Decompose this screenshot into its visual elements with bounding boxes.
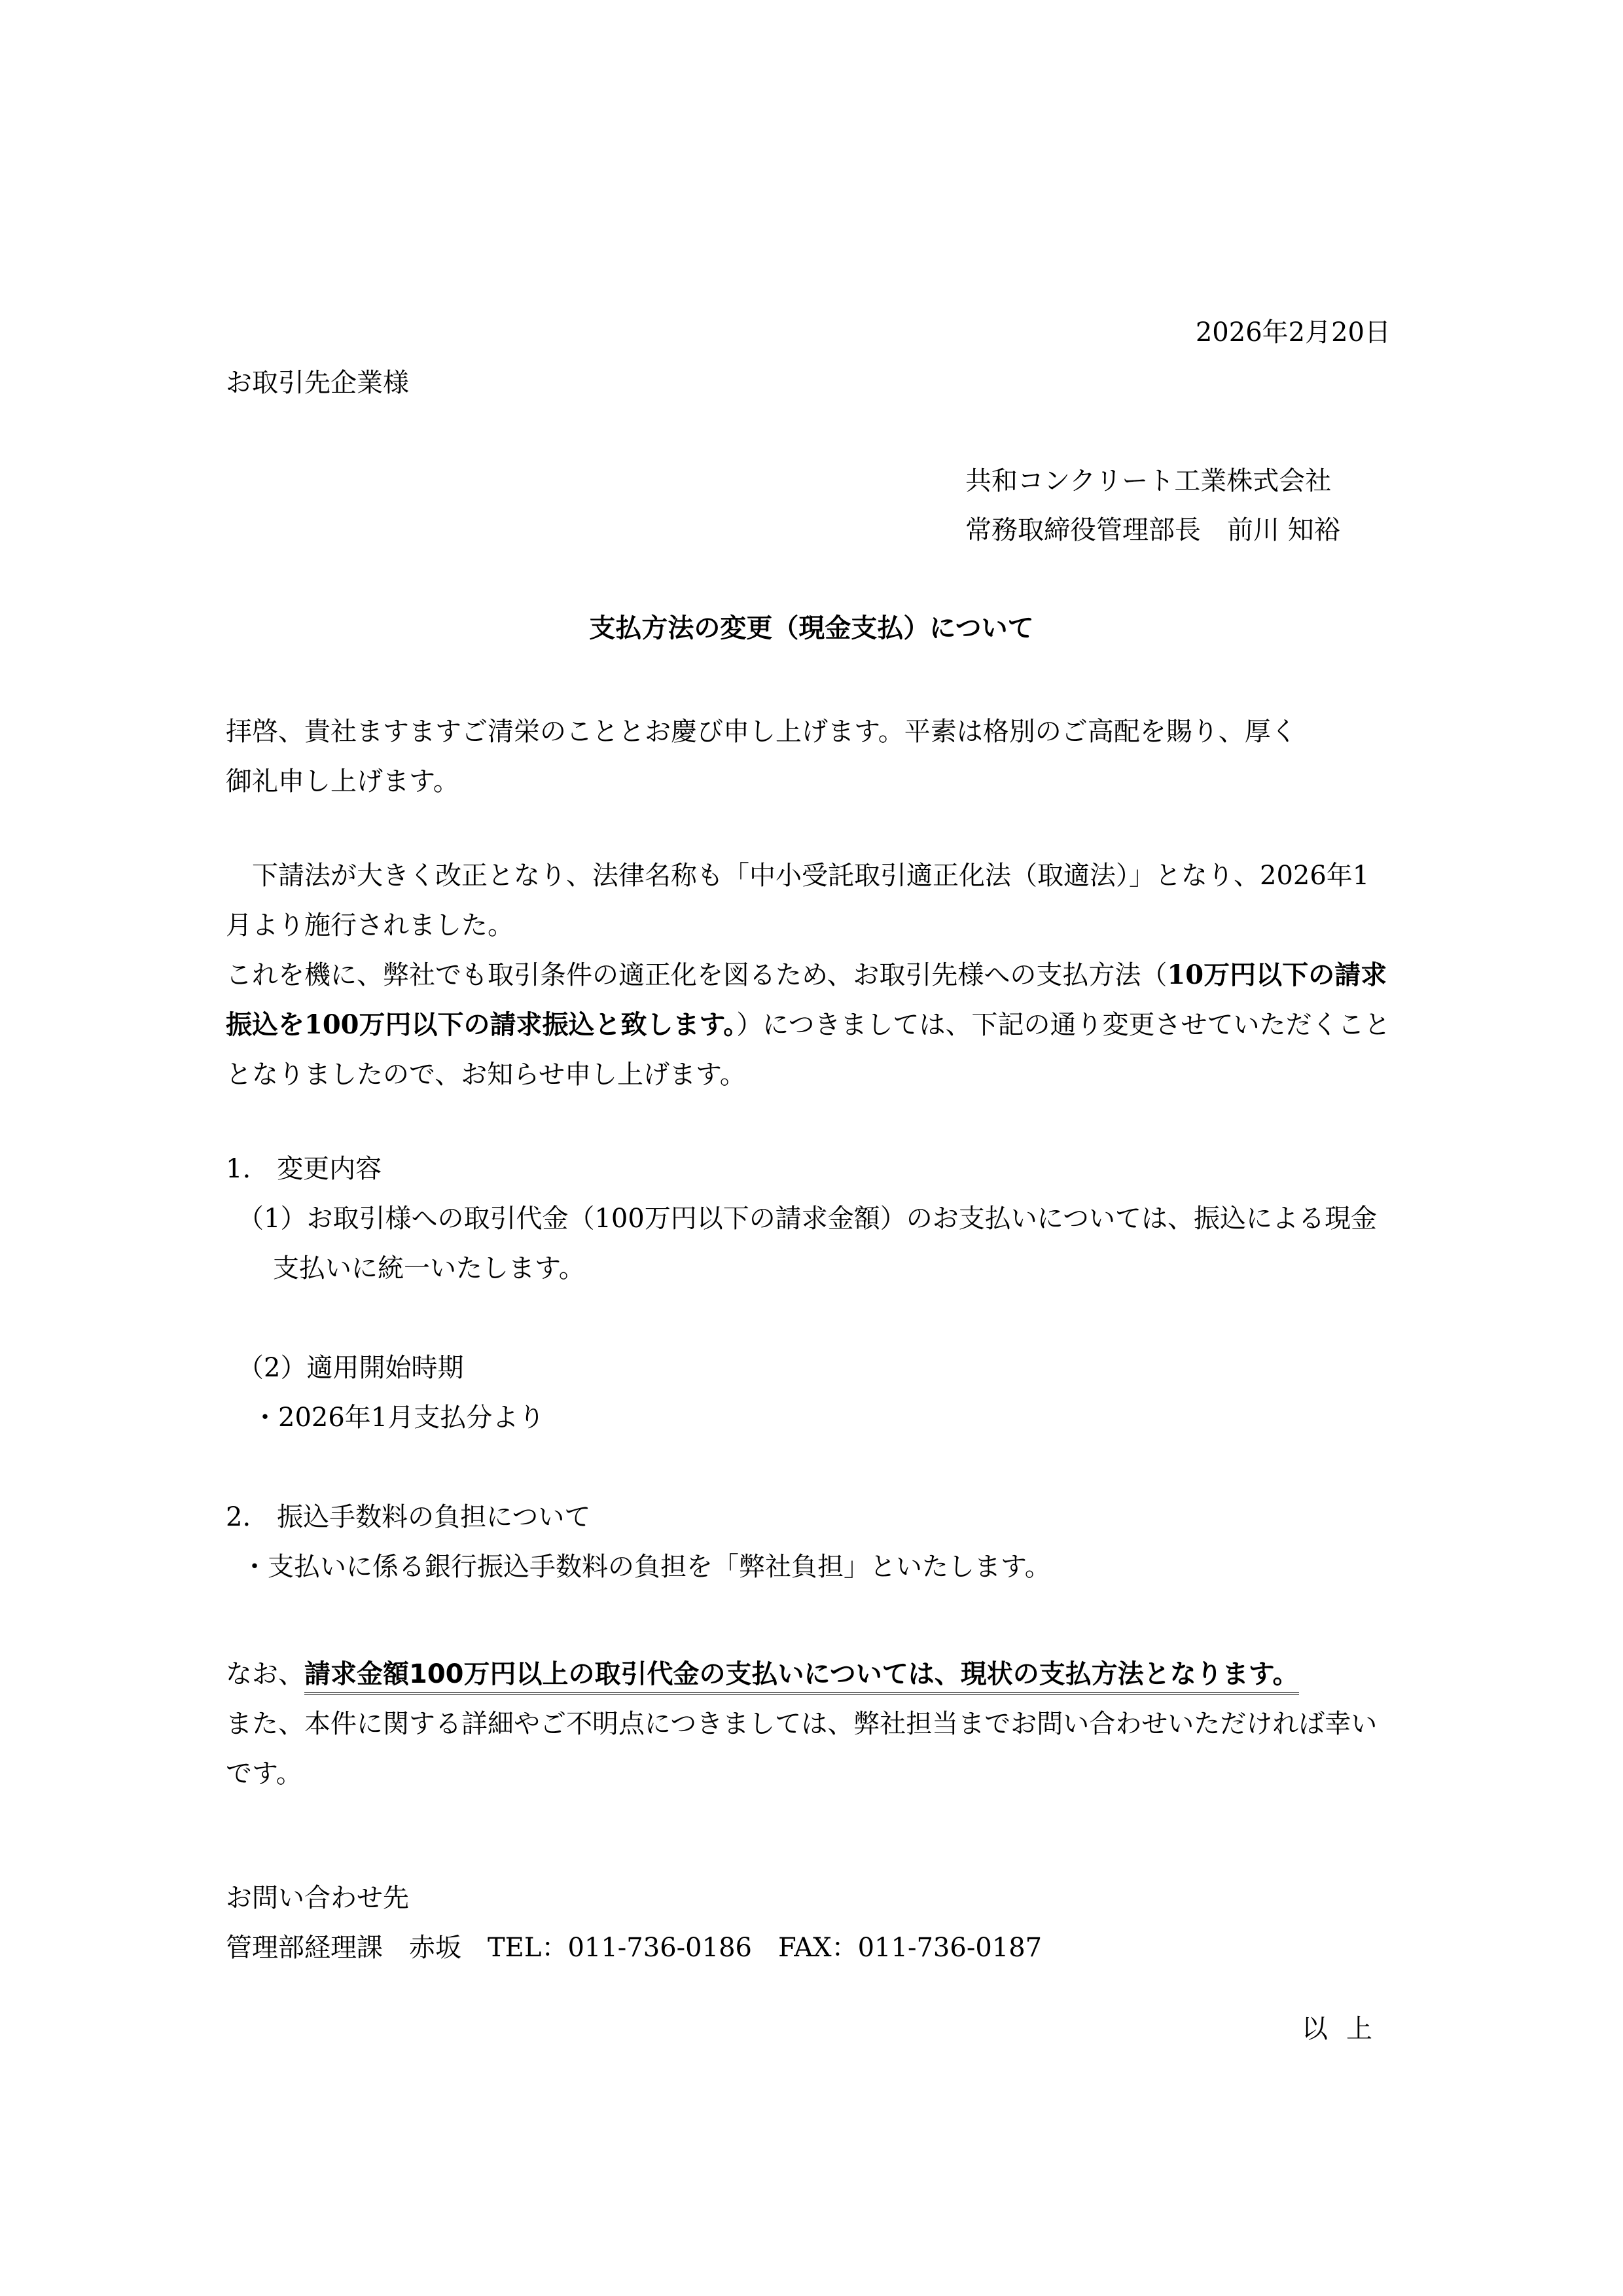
- intro-paragraph-2: これを機に、弊社でも取引条件の適正化を図るため、お取引先様への支払方法（10万円…: [226, 950, 1394, 1100]
- section-1-heading: 1. 変更内容: [226, 1144, 1394, 1194]
- item-2-text: 適用開始時期: [306, 1353, 463, 1383]
- addressee: お取引先企業様: [226, 370, 409, 396]
- closing-emphasis: 請求金額100万円以上の取引代金の支払いについては、現状の支払方法となります。: [304, 1659, 1299, 1695]
- section-1-item-2: （2）適用開始時期: [238, 1343, 1394, 1393]
- section-2: 2. 振込手数料の負担について ・支払いに係る銀行振込手数料の負担を「弊社負担」…: [226, 1492, 1394, 1592]
- greeting-line-1: 拝啓、貴社ますますご清栄のこととお慶び申し上げます。平素は格別のご高配を賜り、厚…: [226, 707, 1394, 757]
- intro-paragraphs: 下請法が大きく改正となり、法律名称も「中小受託取引適正化法（取適法）」となり、2…: [226, 851, 1394, 1100]
- letter-page: 2026年2月20日 お取引先企業様 共和コンクリート工業株式会社 常務取締役管…: [0, 0, 1623, 2296]
- closing-line-1: なお、請求金額100万円以上の取引代金の支払いについては、現状の支払方法となりま…: [226, 1649, 1394, 1699]
- item-2-label: （2）: [238, 1353, 306, 1383]
- greeting-line-2: 御礼申し上げます。: [226, 757, 1394, 806]
- section-1-item-1: （1）お取引様への取引代金（100万円以下の請求金額）のお支払いについては、振込…: [238, 1194, 1394, 1293]
- closing-paragraph: なお、請求金額100万円以上の取引代金の支払いについては、現状の支払方法となりま…: [226, 1649, 1394, 1799]
- section-2-bullet: ・支払いに係る銀行振込手数料の負担を「弊社負担」といたします。: [226, 1542, 1394, 1592]
- section-2-heading: 2. 振込手数料の負担について: [226, 1492, 1394, 1542]
- contact-block: お問い合わせ先 管理部経理課 赤坂 TEL：011-736-0186 FAX：0…: [226, 1873, 1394, 1973]
- closing-prefix: なお、: [226, 1659, 304, 1689]
- intro-text-before: これを機に、弊社でも取引条件の適正化を図るため、お取引先様への支払方法（: [226, 960, 1167, 990]
- letter-date: 2026年2月20日: [1196, 319, 1391, 346]
- intro-paragraph-1: 下請法が大きく改正となり、法律名称も「中小受託取引適正化法（取適法）」となり、2…: [226, 851, 1394, 950]
- section-1: 1. 変更内容 （1）お取引様への取引代金（100万円以下の請求金額）のお支払い…: [226, 1144, 1394, 1443]
- item-1-label: （1）: [238, 1204, 306, 1234]
- sender-block: 共和コンクリート工業株式会社 常務取締役管理部長 前川 知裕: [965, 468, 1340, 566]
- contact-label: お問い合わせ先: [226, 1873, 1394, 1923]
- greeting-paragraph: 拝啓、貴社ますますご清栄のこととお慶び申し上げます。平素は格別のご高配を賜り、厚…: [226, 707, 1394, 806]
- contact-details: 管理部経理課 赤坂 TEL：011-736-0186 FAX：011-736-0…: [226, 1923, 1394, 1973]
- item-2-bullet: ・2026年1月支払分より: [226, 1393, 1394, 1443]
- end-mark: 以上: [1302, 2016, 1391, 2042]
- sender-company: 共和コンクリート工業株式会社: [965, 468, 1340, 517]
- spacer: [226, 1293, 1394, 1343]
- closing-line-2: また、本件に関する詳細やご不明点につきましては、弊社担当までお問い合わせいただけ…: [226, 1699, 1394, 1799]
- sender-title-name: 常務取締役管理部長 前川 知裕: [965, 517, 1340, 566]
- document-title: 支払方法の変更（現金支払）について: [0, 615, 1623, 641]
- item-1-text: お取引様への取引代金（100万円以下の請求金額）のお支払いについては、振込による…: [273, 1204, 1377, 1283]
